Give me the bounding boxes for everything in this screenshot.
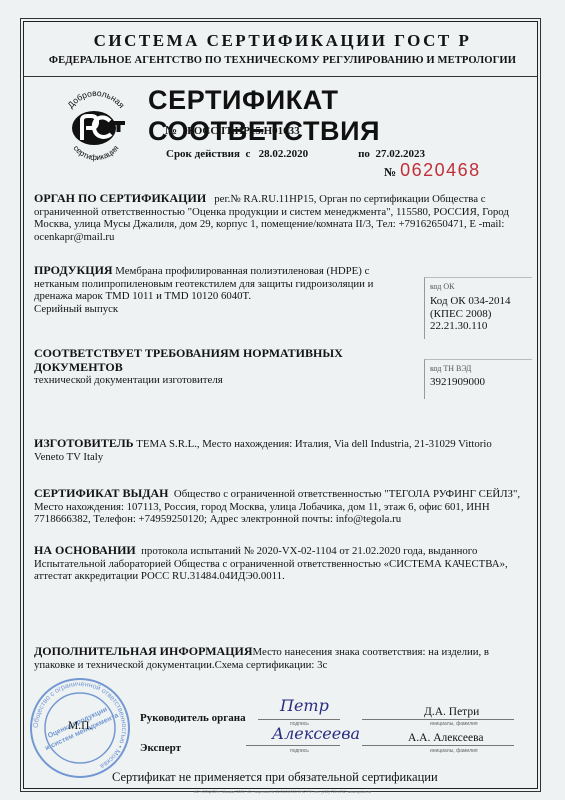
code-tn-value: 3921909000 (430, 376, 532, 389)
section-heading: ДОПОЛНИТЕЛЬНАЯ ИНФОРМАЦИЯ (34, 644, 253, 658)
serial-sign: № (384, 165, 396, 179)
section-conformity: СООТВЕТСТВУЕТ ТРЕБОВАНИЯМ НОРМАТИВНЫХ ДО… (34, 347, 434, 387)
certificate-number: РОСС IT.НР15.Н01033 (187, 125, 300, 137)
head-role-label: Руководитель органа (140, 712, 246, 724)
section-basis: НА ОСНОВАНИИ протокола испытаний № 2020-… (34, 544, 524, 583)
section-heading: НА ОСНОВАНИИ (34, 543, 136, 557)
release-type: Серийный выпуск (34, 303, 118, 315)
code-tn-label: код ТН ВЭД (430, 364, 532, 373)
rst-logo-icon: Добровольная сертификация (58, 88, 134, 164)
expert-signature: Алексеева (272, 724, 360, 743)
code-tn-ved-box: код ТН ВЭД 3921909000 (424, 359, 532, 399)
head-signature-line (258, 719, 340, 720)
code-ok-line2: (КПЕС 2008) (430, 308, 532, 321)
certificate-number-line: №РОСС IT.НР15.Н01033 (165, 123, 300, 138)
section-heading: ПРОДУКЦИЯ (34, 263, 113, 277)
valid-to-date: 27.02.2023 (375, 148, 425, 160)
section-heading: СЕРТИФИКАТ ВЫДАН (34, 486, 168, 500)
serial-value: 0620468 (400, 160, 481, 180)
name-caption: инициалы, фамилия (430, 721, 478, 727)
section-heading: ИЗГОТОВИТЕЛЬ (34, 436, 134, 450)
footer-note: Сертификат не применяется при обязательн… (112, 770, 438, 785)
expert-role-label: Эксперт (140, 742, 181, 754)
section-manufacturer: ИЗГОТОВИТЕЛЬ TEMA S.R.L., Место нахожден… (34, 437, 524, 463)
code-ok-line1: Код ОК 034-2014 (430, 295, 532, 308)
name-caption: инициалы, фамилия (430, 748, 478, 754)
signature-caption: подпись (290, 748, 309, 754)
valid-from-date: 28.02.2020 (259, 148, 309, 160)
expert-name: А.А. Алексеева (408, 732, 484, 744)
validity-line: Срок действия с 28.02.2020по 27.02.2023 (166, 148, 526, 160)
to-label: по (358, 148, 370, 160)
section-heading: СООТВЕТСТВУЕТ ТРЕБОВАНИЯМ НОРМАТИВНЫХ ДО… (34, 346, 343, 374)
logo-bottom-text: сертификация (72, 144, 121, 162)
section-heading: ОРГАН ПО СЕРТИФИКАЦИИ (34, 191, 206, 205)
logo-top-text: Добровольная (65, 88, 127, 110)
system-title: СИСТЕМА СЕРТИФИКАЦИИ ГОСТ Р (0, 31, 565, 51)
code-ok-label: код ОК (430, 282, 532, 291)
blank-serial-number: №0620468 (384, 160, 481, 181)
header-divider (23, 76, 538, 77)
code-ok-line3: 22.21.30.110 (430, 320, 532, 333)
head-signature: Петр (280, 696, 329, 715)
code-ok-box: код ОК Код ОК 034-2014 (КПЕС 2008) 22.21… (424, 277, 532, 339)
validity-label: Срок действия (166, 148, 240, 160)
printer-imprint: АО «ОПЦИОН», Москва, 2009, «Б» лицензия … (0, 790, 565, 794)
expert-signature-line (246, 745, 340, 746)
head-name: Д.А. Петри (424, 706, 479, 718)
head-name-line (362, 719, 514, 720)
expert-name-line (362, 745, 514, 746)
from-label: с (245, 148, 250, 160)
section-product: ПРОДУКЦИЯ Мембрана профилированная полиэ… (34, 264, 394, 315)
section-text: технической документации изготовителя (34, 374, 223, 386)
section-certification-body: ОРГАН ПО СЕРТИФИКАЦИИ рег.№ RA.RU.11НР15… (34, 192, 524, 243)
stamp-place-label: М.П. (68, 720, 92, 732)
section-additional-info: ДОПОЛНИТЕЛЬНАЯ ИНФОРМАЦИЯМесто нанесения… (34, 645, 524, 671)
number-sign: № (165, 123, 177, 137)
agency-name: ФЕДЕРАЛЬНОЕ АГЕНТСТВО ПО ТЕХНИЧЕСКОМУ РЕ… (0, 55, 565, 66)
section-issued-to: СЕРТИФИКАТ ВЫДАН Общество с ограниченной… (34, 487, 524, 526)
